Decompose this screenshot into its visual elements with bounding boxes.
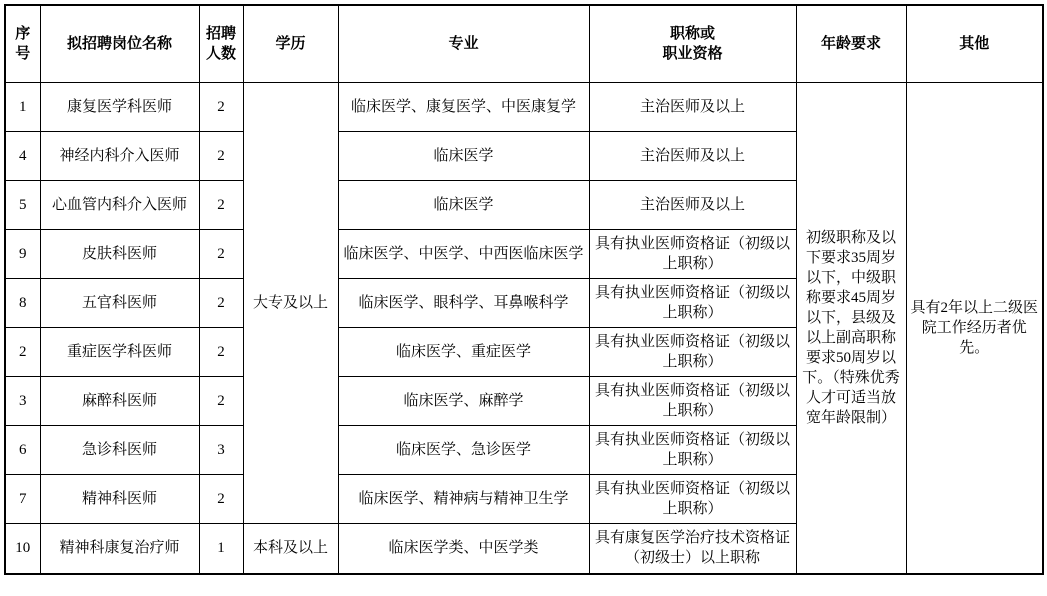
row-no: 4 [5,131,40,180]
row-position: 五官科医师 [40,278,199,327]
col-header-no: 序号 [5,5,40,82]
col-header-education: 学历 [243,5,338,82]
row-qualification: 具有执业医师资格证（初级以上职称） [589,229,796,278]
row-count: 2 [199,327,243,376]
row-major: 临床医学、急诊医学 [338,425,589,474]
row-no: 9 [5,229,40,278]
row-major: 临床医学、精神病与精神卫生学 [338,474,589,523]
row-major: 临床医学 [338,131,589,180]
row-position: 心血管内科介入医师 [40,180,199,229]
row-no: 6 [5,425,40,474]
row-position: 皮肤科医师 [40,229,199,278]
row-count: 2 [199,376,243,425]
row-count: 2 [199,180,243,229]
row-qualification: 具有执业医师资格证（初级以上职称） [589,327,796,376]
col-header-qualification: 职称或 职业资格 [589,5,796,82]
col-header-count: 招聘 人数 [199,5,243,82]
col-header-major: 专业 [338,5,589,82]
row-qualification: 主治医师及以上 [589,82,796,131]
row-qualification: 主治医师及以上 [589,131,796,180]
row-qualification: 具有执业医师资格证（初级以上职称） [589,425,796,474]
row-count: 2 [199,229,243,278]
row-qualification: 具有执业医师资格证（初级以上职称） [589,376,796,425]
row-position: 麻醉科医师 [40,376,199,425]
row-count: 2 [199,82,243,131]
row-qualification: 具有执业医师资格证（初级以上职称） [589,474,796,523]
row-qualification: 具有康复医学治疗技术资格证（初级士）以上职称 [589,523,796,574]
row-major: 临床医学类、中医学类 [338,523,589,574]
age-requirement-cell: 初级职称及以下要求35周岁以下，中级职称要求45周岁以下，县级及以上副高职称要求… [796,82,906,574]
row-no: 5 [5,180,40,229]
row-no: 8 [5,278,40,327]
row-major: 临床医学、中医学、中西医临床医学 [338,229,589,278]
col-header-other: 其他 [906,5,1043,82]
row-major: 临床医学、康复医学、中医康复学 [338,82,589,131]
other-cell: 具有2年以上二级医院工作经历者优先。 [906,82,1043,574]
row-count: 2 [199,131,243,180]
row-major: 临床医学 [338,180,589,229]
row-position: 重症医学科医师 [40,327,199,376]
recruitment-positions-table: 序号 拟招聘岗位名称 招聘 人数 学历 专业 职称或 职业资格 年龄要求 其他 … [4,4,1044,575]
row-qualification: 主治医师及以上 [589,180,796,229]
row-no: 10 [5,523,40,574]
table-row: 1 康复医学科医师 2 大专及以上 临床医学、康复医学、中医康复学 主治医师及以… [5,82,1043,131]
row-count: 2 [199,474,243,523]
col-header-position: 拟招聘岗位名称 [40,5,199,82]
row-count: 2 [199,278,243,327]
row-position: 神经内科介入医师 [40,131,199,180]
row-position: 精神科医师 [40,474,199,523]
row-position: 精神科康复治疗师 [40,523,199,574]
row-major: 临床医学、麻醉学 [338,376,589,425]
education-cell-benke: 本科及以上 [243,523,338,574]
table-container: 序号 拟招聘岗位名称 招聘 人数 学历 专业 职称或 职业资格 年龄要求 其他 … [4,4,1044,575]
row-no: 2 [5,327,40,376]
row-count: 3 [199,425,243,474]
row-position: 急诊科医师 [40,425,199,474]
row-count: 1 [199,523,243,574]
education-cell-dazhuan: 大专及以上 [243,82,338,523]
row-major: 临床医学、重症医学 [338,327,589,376]
header-row: 序号 拟招聘岗位名称 招聘 人数 学历 专业 职称或 职业资格 年龄要求 其他 [5,5,1043,82]
row-position: 康复医学科医师 [40,82,199,131]
col-header-age: 年龄要求 [796,5,906,82]
row-no: 7 [5,474,40,523]
row-no: 3 [5,376,40,425]
row-major: 临床医学、眼科学、耳鼻喉科学 [338,278,589,327]
row-qualification: 具有执业医师资格证（初级以上职称） [589,278,796,327]
row-no: 1 [5,82,40,131]
